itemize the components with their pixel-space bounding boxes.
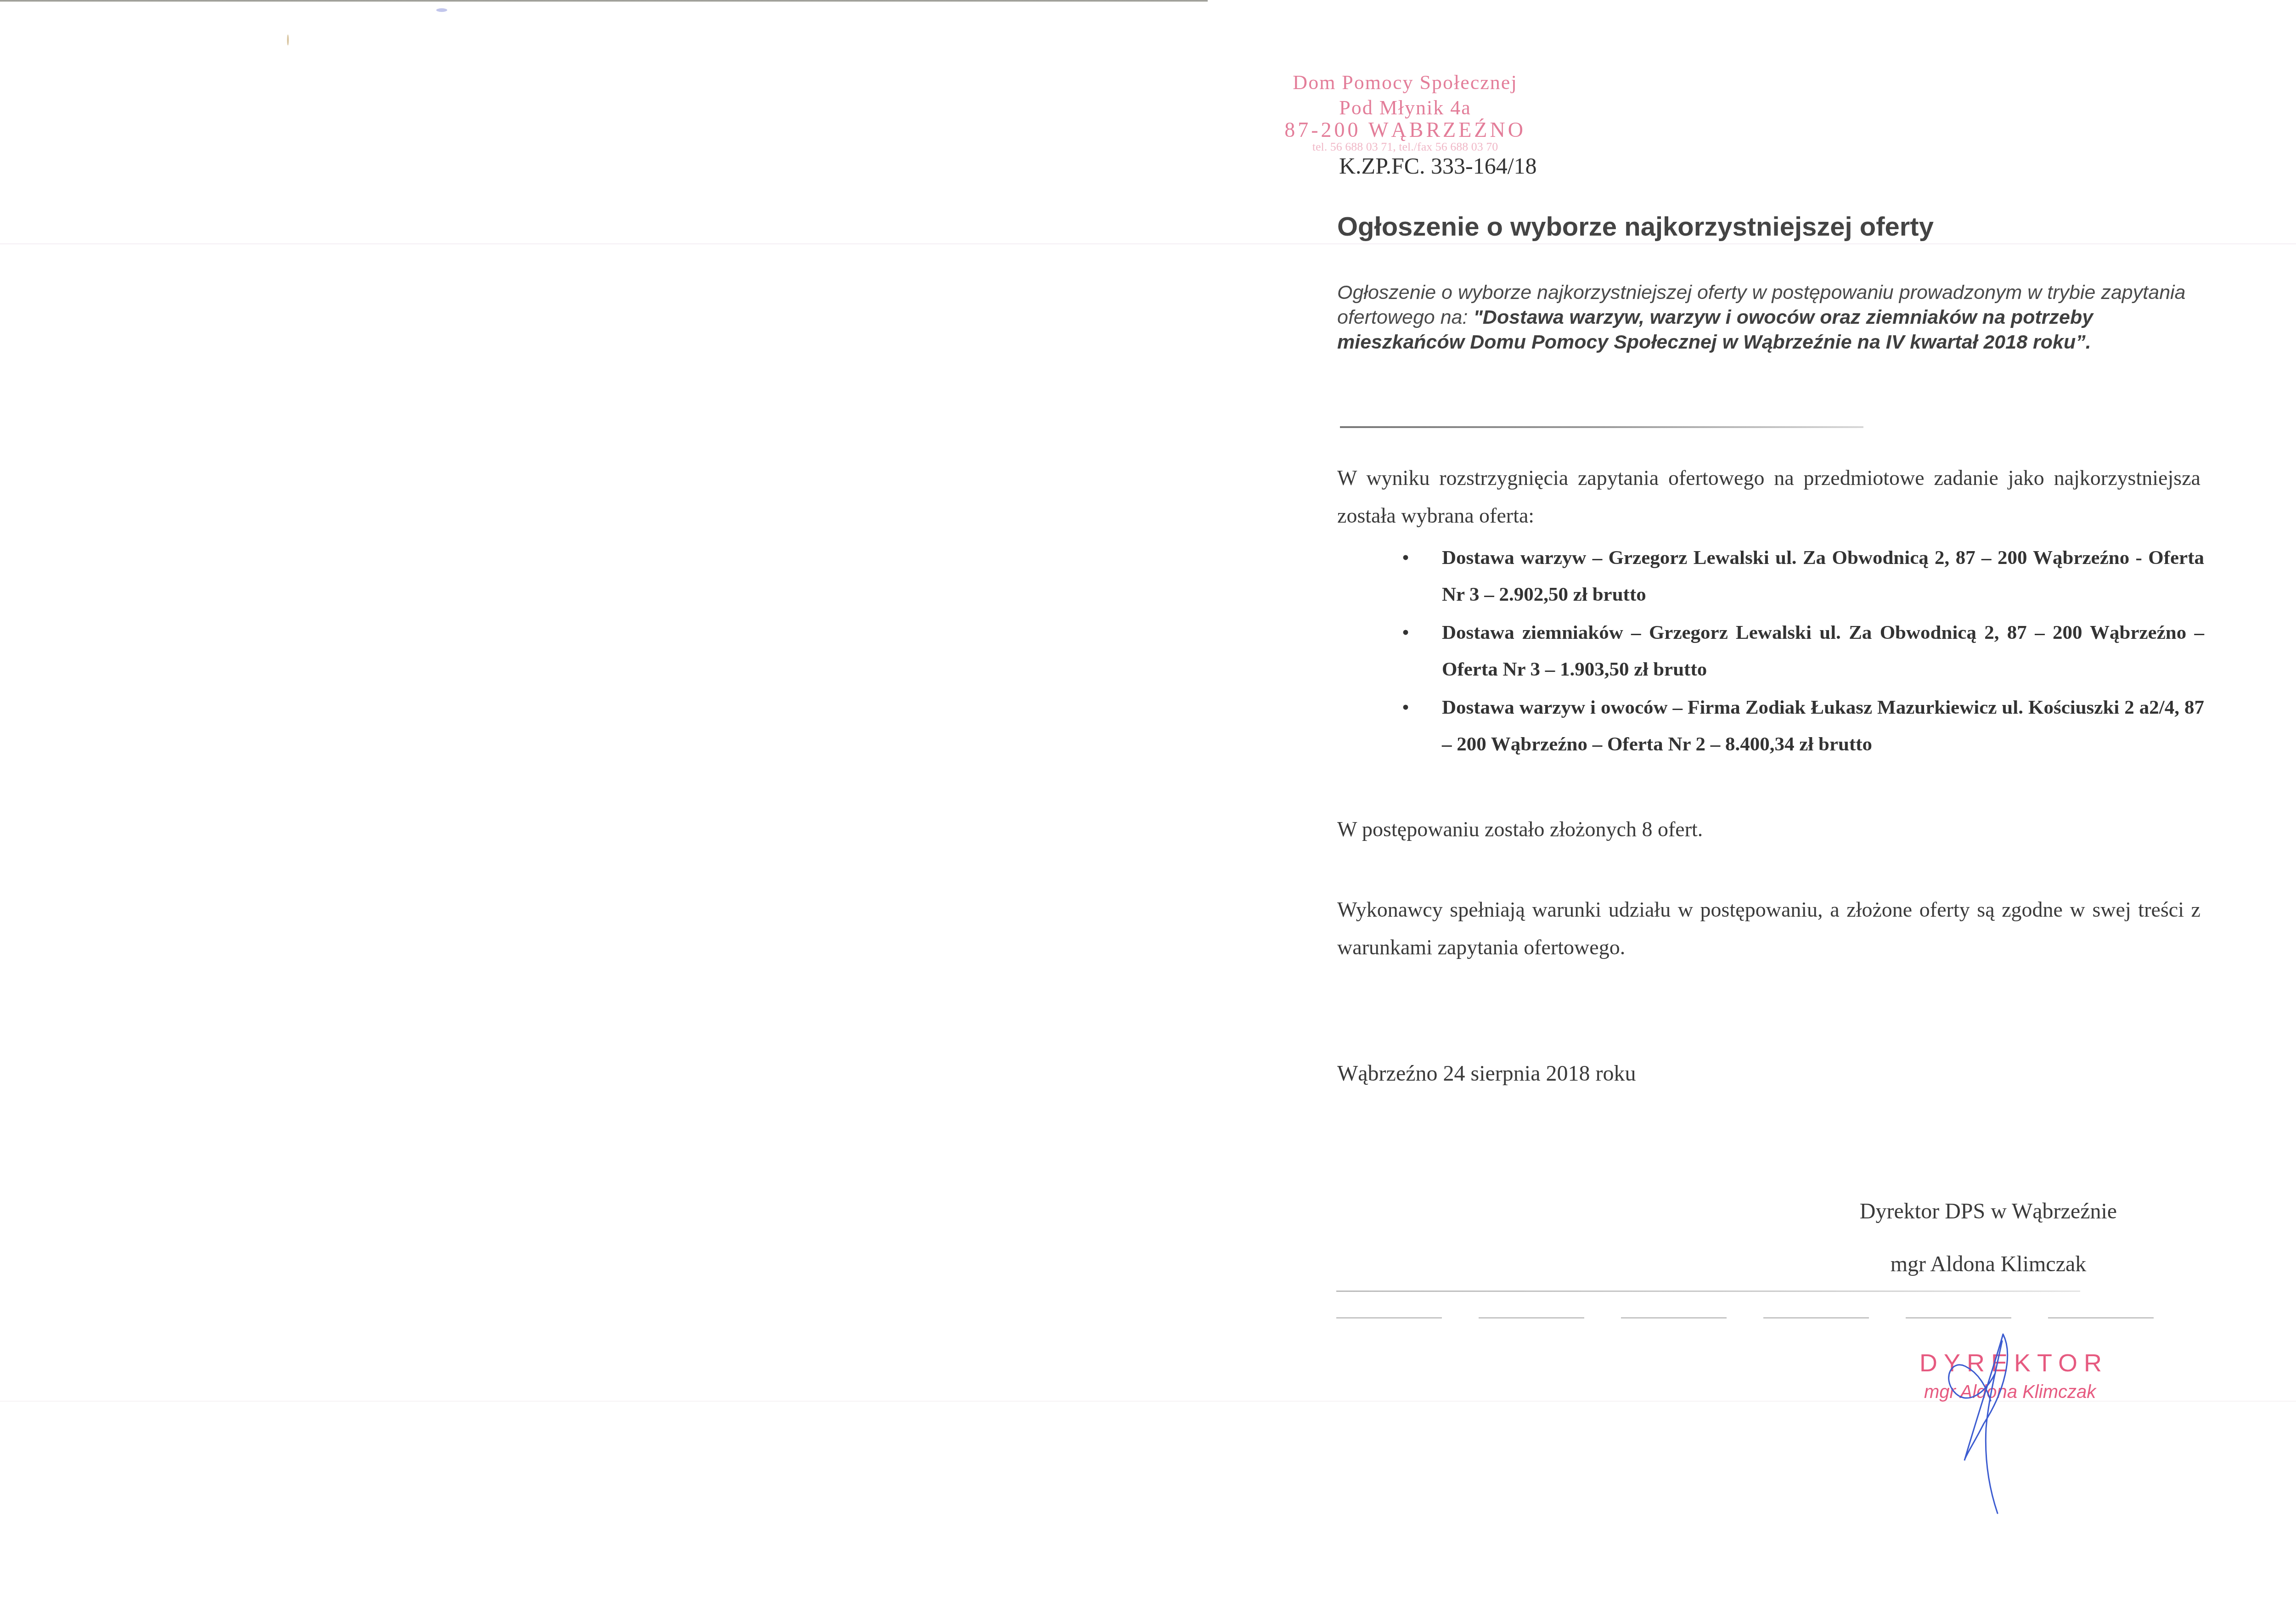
offer-text: Dostawa ziemniaków – Grzegorz Lewalski u… [1442,622,2204,680]
signature-block: Dyrektor DPS w Wąbrzeźnie mgr Aldona Kli… [1791,1185,2186,1291]
stamp-line-phone: tel. 56 688 03 71, tel./fax 56 688 03 70 [1267,141,1543,153]
scan-border [0,0,1208,2]
offer-text: Dostawa warzyw – Grzegorz Lewalski ul. Z… [1442,547,2204,605]
intro-paragraph: Ogłoszenie o wyborze najkorzystniejszej … [1337,280,2187,355]
list-item: • Dostawa ziemniaków – Grzegorz Lewalski… [1396,614,2204,688]
signatory-name: mgr Aldona Klimczak [1791,1238,2186,1291]
list-item: • Dostawa warzyw i owoców – Firma Zodiak… [1396,689,2204,763]
intro-closing: ”. [2076,331,2091,353]
scan-crease-line [0,243,2296,244]
result-paragraph: W wyniku rozstrzygnięcia zapytania ofert… [1337,459,2200,535]
bullet-icon: • [1402,614,1409,651]
reference-number: K.ZP.FC. 333-164/18 [1339,152,1537,179]
date-line: Wąbrzeźno 24 sierpnia 2018 roku [1337,1061,1636,1086]
offer-text: Dostawa warzyw i owoców – Firma Zodiak Ł… [1442,697,2204,755]
stamp-line-street: Pod Młynik 4a [1267,96,1543,119]
scan-speck [436,8,447,12]
bullet-icon: • [1402,540,1409,576]
list-item: • Dostawa warzyw – Grzegorz Lewalski ul.… [1396,540,2204,613]
signature-dashed-line [1336,1317,2186,1319]
bullet-icon: • [1402,689,1409,726]
stamp-line-name: Dom Pomocy Społecznej [1267,69,1543,96]
document-title: Ogłoszenie o wyborze najkorzystniejszej … [1337,211,1934,242]
institution-stamp: Dom Pomocy Społecznej Pod Młynik 4a 87-2… [1267,69,1543,153]
stamp-line-city: 87-200 WĄBRZEŹNO [1267,119,1543,141]
scan-speck [287,34,289,45]
signatory-position: Dyrektor DPS w Wąbrzeźnie [1791,1185,2186,1238]
compliance-paragraph: Wykonawcy spełniają warunki udziału w po… [1337,891,2200,966]
signature-line [1336,1291,2080,1292]
separator-line [1340,426,1863,428]
handwritten-signature-icon [1906,1309,2043,1520]
offers-count-paragraph: W postępowaniu zostało złożonych 8 ofert… [1337,811,2200,848]
selected-offers-list: • Dostawa warzyw – Grzegorz Lewalski ul.… [1396,540,2204,764]
